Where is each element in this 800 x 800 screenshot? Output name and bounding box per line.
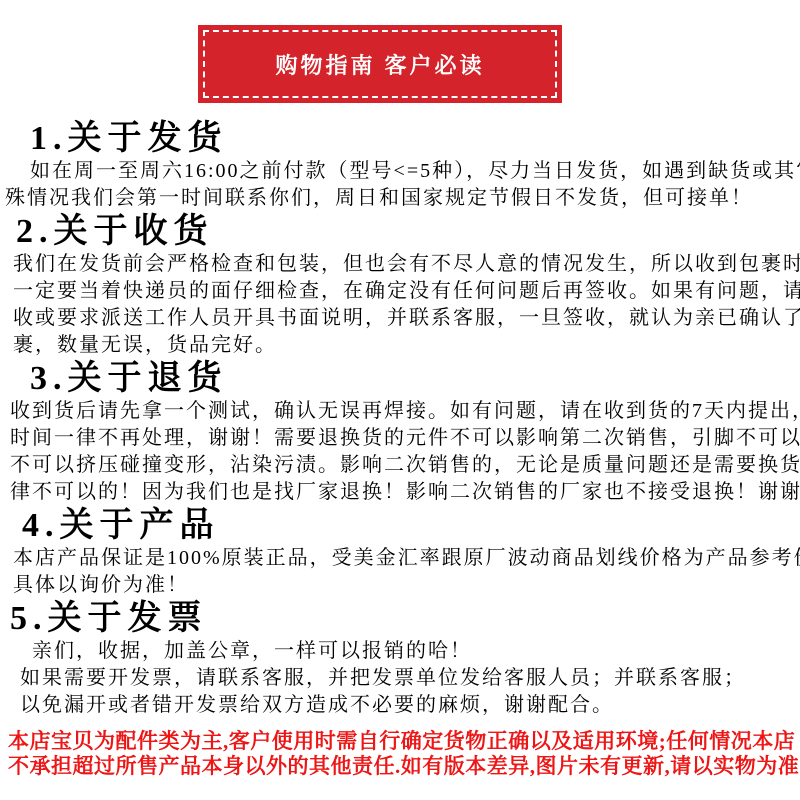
section-invoice: 5.关于发票 亲们，收据，加盖公章，一样可以报销的哈！如果需要开发票，请联系客服… [0,601,800,719]
text-line: 不承担超过所售产品本身以外的其他责任.如有版本差异,图片未有更新,请以实物为准. [0,754,800,779]
text-line: 裹，数量无误，货品完好。 [0,332,800,359]
section-shipping: 1.关于发货 如在周一至周六16:00之前付款（型号<=5种），尽力当日发货，如… [0,121,800,212]
text-line: 本店产品保证是100%原装正品，受美金汇率跟原厂波动商品划线价格为产品参考价， [0,545,800,572]
text-line: 具体以询价为准！ [0,572,800,599]
section-shipping-body: 如在周一至周六16:00之前付款（型号<=5种），尽力当日发货，如遇到缺货或其它… [0,158,800,212]
shopping-guide-page: 购物指南 客户必读 1.关于发货 如在周一至周六16:00之前付款（型号<=5种… [0,0,800,800]
text-line: 律不可以的！因为我们也是找厂家退换！影响二次销售的厂家也不接受退换！谢谢理解 [0,479,800,506]
section-invoice-heading: 5.关于发票 [10,601,800,636]
section-product: 4.关于产品 本店产品保证是100%原装正品，受美金汇率跟原厂波动商品划线价格为… [0,508,800,599]
text-line: 殊情况我们会第一时间联系你们，周日和国家规定节假日不发货，但可接单！ [0,185,800,212]
text-line: 亲们，收据，加盖公章，一样可以报销的哈！ [0,638,800,665]
text-line: 我们在发货前会严格检查和包装，但也会有不尽人意的情况发生，所以收到包裹时， [0,251,800,278]
section-returns-body: 收到货后请先拿一个测试，确认无误再焊接。如有问题，请在收到货的7天内提出，超出时… [0,398,800,506]
text-line: 不可以挤压碰撞变形，沾染污渍。影响二次销售的，无论是质量问题还是需要换货，一 [0,452,800,479]
guide-banner: 购物指南 客户必读 [198,25,562,103]
banner-title: 购物指南 客户必读 [198,25,562,103]
text-line: 收或要求派送工作人员开具书面说明，并联系客服，一旦签收，就认为亲已确认了包 [0,305,800,332]
text-line: 如果需要开发票，请联系客服，并把发票单位发给客服人员；并联系客服； [0,665,800,692]
text-line: 本店宝贝为配件类为主,客户使用时需自行确定货物正确以及适用环境;任何情况本店 [0,729,800,754]
section-returns: 3.关于退货 收到货后请先拿一个测试，确认无误再焊接。如有问题，请在收到货的7天… [0,361,800,506]
text-line: 以免漏开或者错开发票给双方造成不必要的麻烦，谢谢配合。 [0,692,800,719]
section-shipping-heading: 1.关于发货 [30,121,800,156]
section-receiving-heading: 2.关于收货 [16,214,800,249]
section-receiving-body: 我们在发货前会严格检查和包装，但也会有不尽人意的情况发生，所以收到包裹时，一定要… [0,251,800,359]
text-line: 时间一律不再处理，谢谢！需要退换货的元件不可以影响第二次销售，引脚不可以焊锡 [0,425,800,452]
text-line: 一定要当着快递员的面仔细检查，在确定没有任何问题后再签收。如果有问题，请拒 [0,278,800,305]
section-invoice-body: 亲们，收据，加盖公章，一样可以报销的哈！如果需要开发票，请联系客服，并把发票单位… [0,638,800,719]
section-product-heading: 4.关于产品 [22,508,800,543]
text-line: 收到货后请先拿一个测试，确认无误再焊接。如有问题，请在收到货的7天内提出，超出 [0,398,800,425]
section-product-body: 本店产品保证是100%原装正品，受美金汇率跟原厂波动商品划线价格为产品参考价，具… [0,545,800,599]
disclaimer-text: 本店宝贝为配件类为主,客户使用时需自行确定货物正确以及适用环境;任何情况本店不承… [0,729,800,779]
text-line: 如在周一至周六16:00之前付款（型号<=5种），尽力当日发货，如遇到缺货或其它… [0,158,800,185]
section-receiving: 2.关于收货 我们在发货前会严格检查和包装，但也会有不尽人意的情况发生，所以收到… [0,214,800,359]
section-returns-heading: 3.关于退货 [30,361,800,396]
